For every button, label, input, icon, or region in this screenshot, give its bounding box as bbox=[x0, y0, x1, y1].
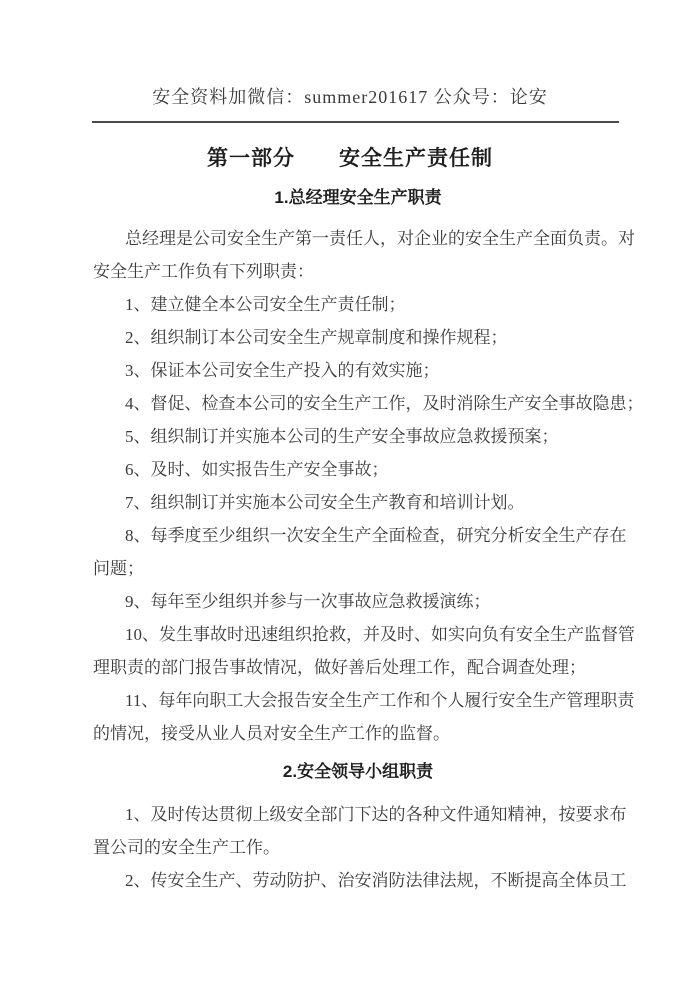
text-line: 总经理是公司安全生产第一责任人，对企业的安全生产全面负责。对 bbox=[93, 222, 623, 255]
text-line: 问题； bbox=[93, 552, 623, 585]
text-line: 1、及时传达贯彻上级安全部门下达的各种文件通知精神，按要求布 bbox=[93, 798, 623, 831]
text-line: 8、每季度至少组织一次安全生产全面检查，研究分析安全生产存在 bbox=[93, 519, 623, 552]
header-divider bbox=[92, 121, 619, 123]
text-line: 9、每年至少组织并参与一次事故应急救援演练； bbox=[93, 585, 623, 618]
section-heading-general-manager-duties: 1.总经理安全生产职责 bbox=[93, 188, 623, 208]
text-line: 安全生产工作负有下列职责： bbox=[93, 255, 623, 288]
text-line: 2、组织制订本公司安全生产规章制度和操作规程； bbox=[93, 321, 623, 354]
document-title: 第一部分 安全生产责任制 bbox=[0, 142, 700, 172]
text-line: 6、及时、如实报告生产安全事故； bbox=[93, 453, 623, 486]
text-line: 4、督促、检查本公司的安全生产工作，及时消除生产安全事故隐患； bbox=[93, 387, 623, 420]
text-line: 7、组织制订并实施本公司安全生产教育和培训计划。 bbox=[93, 486, 623, 519]
text-line: 10、发生事故时迅速组织抢救，并及时、如实向负有安全生产监督管 bbox=[93, 618, 623, 651]
page-header-note: 安全资料加微信：summer201617 公众号：论安 bbox=[0, 83, 700, 109]
text-line: 理职责的部门报告事故情况，做好善后处理工作，配合调查处理； bbox=[93, 651, 623, 684]
text-line: 3、保证本公司安全生产投入的有效实施； bbox=[93, 354, 623, 387]
document-page: 安全资料加微信：summer201617 公众号：论安 第一部分 安全生产责任制… bbox=[0, 0, 700, 990]
text-line: 置公司的安全生产工作。 bbox=[93, 831, 623, 864]
text-line: 的情况，接受从业人员对安全生产工作的监督。 bbox=[93, 717, 623, 750]
text-line: 1、建立健全本公司安全生产责任制； bbox=[93, 288, 623, 321]
document-body: 1.总经理安全生产职责 总经理是公司安全生产第一责任人，对企业的安全生产全面负责… bbox=[93, 180, 623, 897]
text-line: 11、每年向职工大会报告安全生产工作和个人履行安全生产管理职责 bbox=[93, 684, 623, 717]
text-line: 5、组织制订并实施本公司的生产安全事故应急救援预案； bbox=[93, 420, 623, 453]
section-heading-safety-leading-group-duties: 2.安全领导小组职责 bbox=[93, 762, 623, 782]
text-line: 2、传安全生产、劳动防护、治安消防法律法规，不断提高全体员工 bbox=[93, 864, 623, 897]
